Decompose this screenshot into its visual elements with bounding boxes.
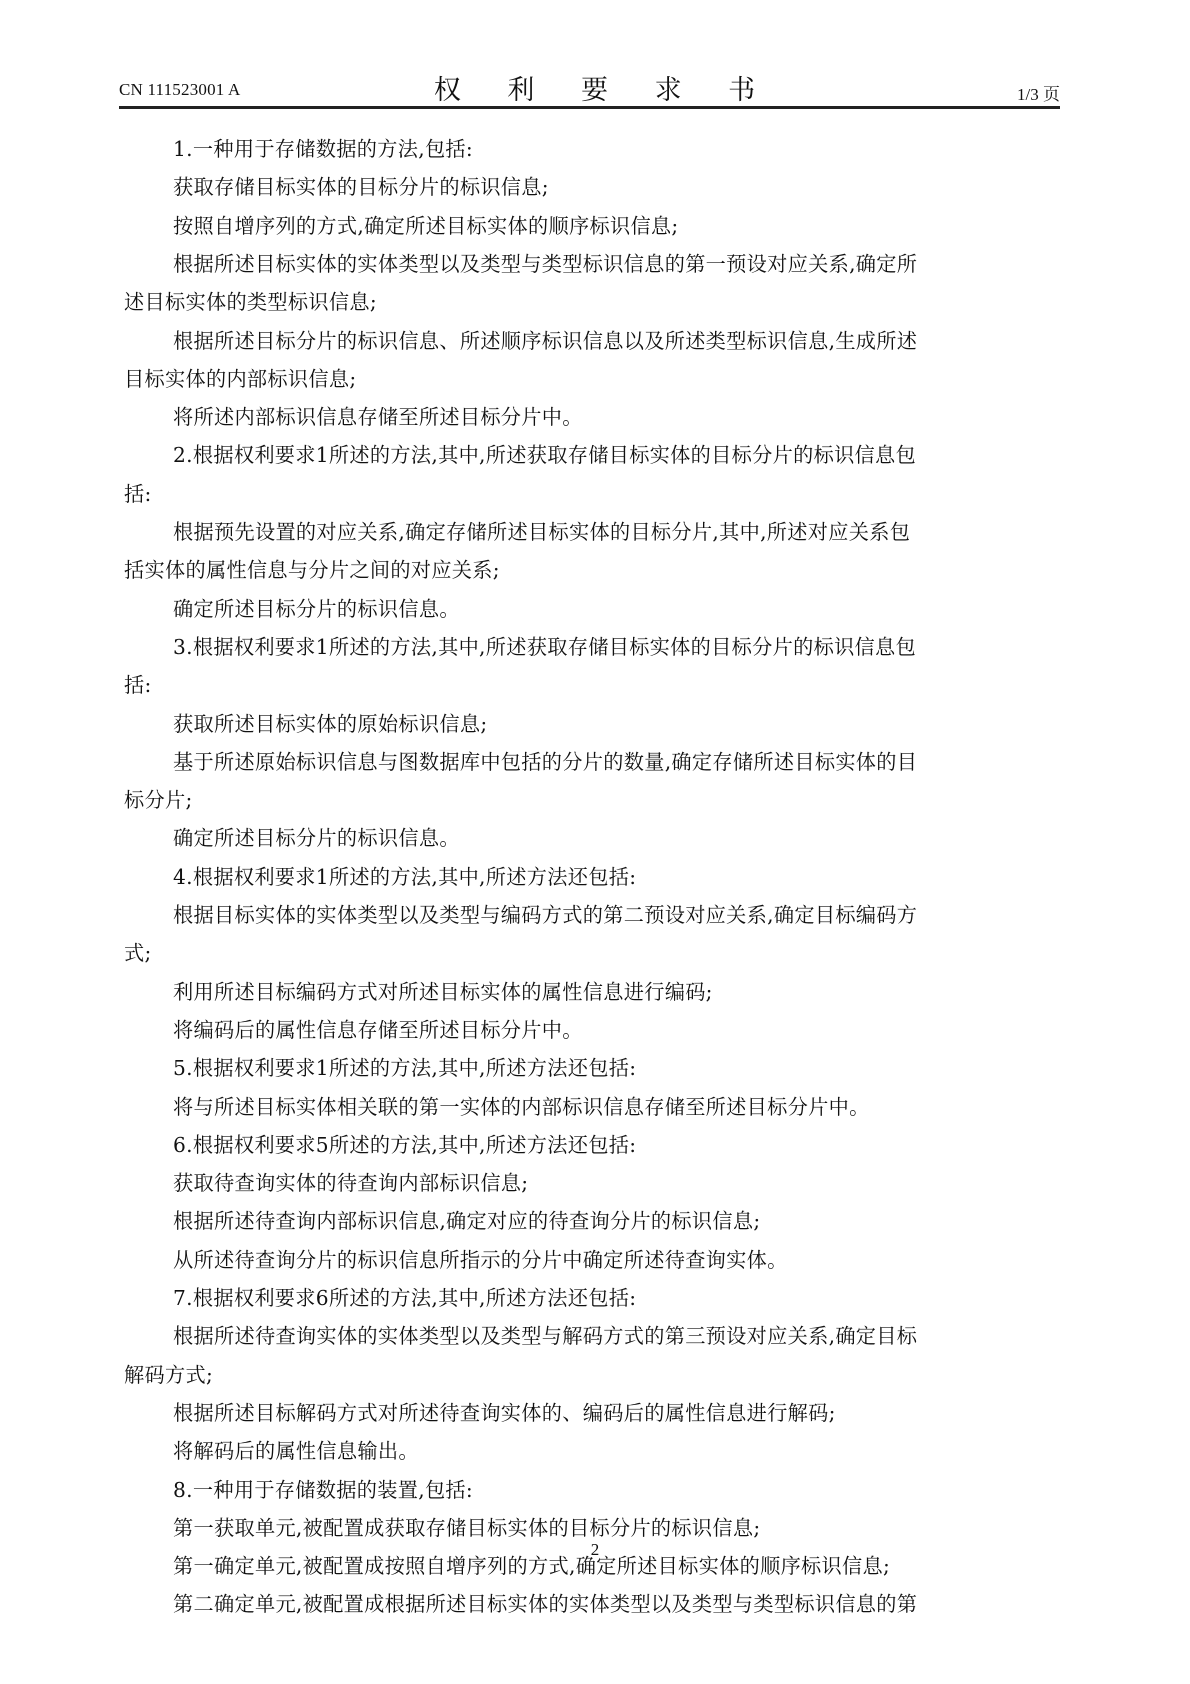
claim-text-line: 解码方式; [124,1362,213,1388]
claim-text-line: 第一获取单元,被配置成获取存储目标实体的目标分片的标识信息; [173,1515,760,1541]
claim-text-line: 第二确定单元,被配置成根据所述目标实体的实体类型以及类型与类型标识信息的第 [173,1591,917,1617]
claim-text-line: 将与所述目标实体相关联的第一实体的内部标识信息存储至所述目标分片中。 [173,1094,870,1120]
claim-text-line: 标分片; [124,787,193,813]
claim-text-line: 获取待查询实体的待查询内部标识信息; [173,1170,528,1196]
claim-text-line: 确定所述目标分片的标识信息。 [173,596,460,622]
claim-text-line: 6.根据权利要求5所述的方法,其中,所述方法还包括: [173,1132,636,1158]
claim-text-line: 将解码后的属性信息输出。 [173,1438,419,1464]
page-indicator: 1/3 页 [1017,80,1060,105]
claim-text-line: 3.根据权利要求1所述的方法,其中,所述获取存储目标实体的目标分片的标识信息包 [173,634,916,660]
claim-text-line: 按照自增序列的方式,确定所述目标实体的顺序标识信息; [173,213,679,239]
claim-text-line: 从所述待查询分片的标识信息所指示的分片中确定所述待查询实体。 [173,1247,788,1273]
claim-text-line: 基于所述原始标识信息与图数据库中包括的分片的数量,确定存储所述目标实体的目 [173,749,917,775]
claim-text-line: 8.一种用于存储数据的装置,包括: [173,1477,473,1503]
claim-text-line: 根据预先设置的对应关系,确定存储所述目标实体的目标分片,其中,所述对应关系包 [173,519,910,545]
page-number: 2 [0,1540,1190,1560]
claim-text-line: 将所述内部标识信息存储至所述目标分片中。 [173,404,583,430]
claim-text-line: 7.根据权利要求6所述的方法,其中,所述方法还包括: [173,1285,636,1311]
claim-text-line: 根据所述目标分片的标识信息、所述顺序标识信息以及所述类型标识信息,生成所述 [173,328,917,354]
claim-text-line: 5.根据权利要求1所述的方法,其中,所述方法还包括: [173,1055,636,1081]
claim-text-line: 括: [124,481,152,507]
header-rule [119,106,1060,109]
claim-text-line: 4.根据权利要求1所述的方法,其中,所述方法还包括: [173,864,636,890]
claim-text-line: 获取所述目标实体的原始标识信息; [173,711,487,737]
claim-text-line: 根据所述待查询内部标识信息,确定对应的待查询分片的标识信息; [173,1208,760,1234]
claim-text-line: 根据目标实体的实体类型以及类型与编码方式的第二预设对应关系,确定目标编码方 [173,902,917,928]
claim-text-line: 括实体的属性信息与分片之间的对应关系; [124,557,500,583]
claim-text-line: 根据所述目标实体的实体类型以及类型与类型标识信息的第一预设对应关系,确定所 [173,251,917,277]
claim-text-line: 目标实体的内部标识信息; [124,366,356,392]
claim-text-line: 根据所述待查询实体的实体类型以及类型与解码方式的第三预设对应关系,确定目标 [173,1323,917,1349]
claim-text-line: 根据所述目标解码方式对所述待查询实体的、编码后的属性信息进行解码; [173,1400,836,1426]
claim-text-line: 式; [124,940,152,966]
claim-text-line: 1.一种用于存储数据的方法,包括: [173,136,473,162]
claim-text-line: 述目标实体的类型标识信息; [124,289,377,315]
claim-text-line: 确定所述目标分片的标识信息。 [173,825,460,851]
claim-text-line: 获取存储目标实体的目标分片的标识信息; [173,174,549,200]
claim-text-line: 2.根据权利要求1所述的方法,其中,所述获取存储目标实体的目标分片的标识信息包 [173,442,916,468]
claim-text-line: 将编码后的属性信息存储至所述目标分片中。 [173,1017,583,1043]
claim-text-line: 利用所述目标编码方式对所述目标实体的属性信息进行编码; [173,979,713,1005]
claim-text-line: 括: [124,672,152,698]
document-title: 权 利 要 求 书 [0,68,1190,107]
